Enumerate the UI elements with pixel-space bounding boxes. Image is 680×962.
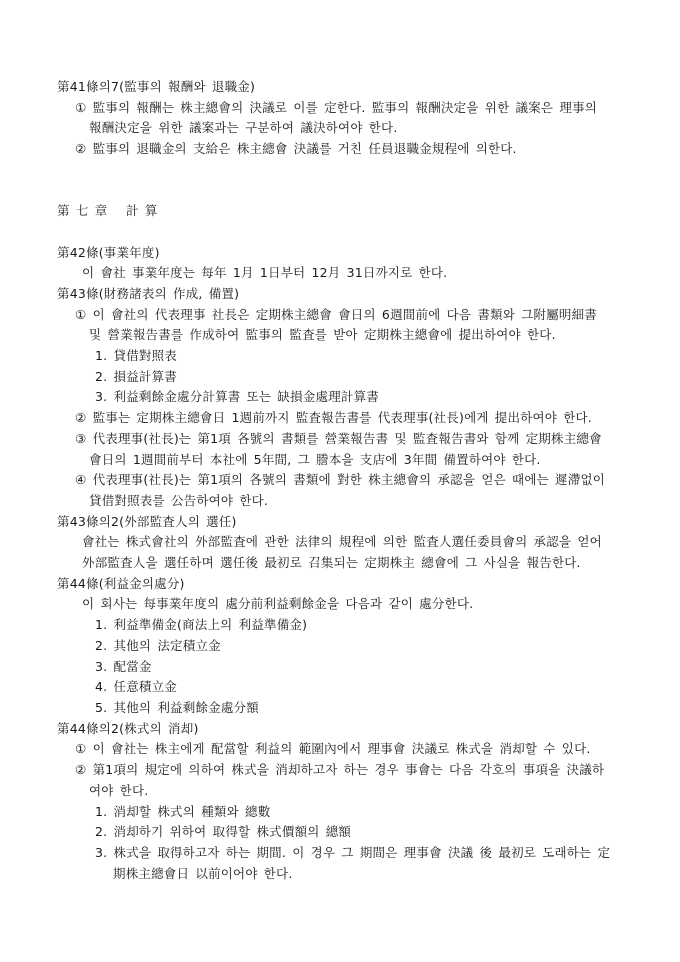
a41-7-clause-1-cont: 報酬決定을 위한 議案과는 구분하여 議決하여야 한다. [57, 118, 644, 139]
a44-item-4: 4. 任意積立金 [57, 677, 644, 698]
a44-2-item-2: 2. 消却하기 위하여 取得할 株式價額의 總額 [57, 822, 644, 843]
a44-2-clause-1: ① 이 會社는 株主에게 配當할 利益의 範圍內에서 理事會 決議로 株式을 消… [57, 739, 644, 760]
a43-item-2: 2. 損益計算書 [57, 367, 644, 388]
a44-body: 이 회사는 每事業年度의 處分前利益剩餘金을 다음과 같이 處分한다. [57, 594, 644, 615]
a43-clause-4-cont: 貸借對照表를 公告하여야 한다. [57, 491, 644, 512]
a41-7-clause-2: ② 監事의 退職金의 支給은 株主總會 決議를 거친 任員退職金規程에 의한다. [57, 139, 644, 160]
document-page: 第41條의7(監事의 報酬와 退職金) ① 監事의 報酬는 株主總會의 決議로 … [0, 0, 680, 962]
article-heading-44-2: 第44條의2(株式의 消却) [57, 719, 644, 740]
a44-2-item-3: 3. 株式을 取得하고자 하는 期間. 이 경우 그 期間은 理事會 決議 後 … [57, 843, 644, 864]
document-body: 第41條의7(監事의 報酬와 退職金) ① 監事의 報酬는 株主總會의 決議로 … [0, 0, 680, 884]
a44-item-2: 2. 其他의 法定積立金 [57, 636, 644, 657]
a44-item-3: 3. 配當金 [57, 657, 644, 678]
a44-item-5: 5. 其他의 利益剩餘金處分額 [57, 698, 644, 719]
a44-2-clause-2-cont: 여야 한다. [57, 781, 644, 802]
a43-2-body: 會社는 株式會社의 外部監査에 관한 法律의 規程에 의한 監査人選任委員會의 … [57, 532, 644, 553]
a43-clause-1-cont: 및 營業報告書를 作成하여 監事의 監査를 받아 定期株主總會에 提出하여야 한… [57, 325, 644, 346]
a42-body: 이 會社 事業年度는 每年 1月 1日부터 12月 31日까지로 한다. [57, 263, 644, 284]
article-heading-42: 第42條(事業年度) [57, 243, 644, 264]
a44-2-item-3-cont: 期株主總會日 以前이어야 한다. [57, 864, 644, 885]
chapter-7-heading: 第 七 章 計 算 [57, 201, 644, 222]
article-heading-43-2: 第43條의2(外部監査人의 選任) [57, 512, 644, 533]
a43-clause-3-cont: 會日의 1週間前부터 本社에 5年間, 그 謄本을 支店에 3年間 備置하여야 … [57, 450, 644, 471]
a43-clause-4: ④ 代表理事(社長)는 第1項의 各號의 書類에 對한 株主總會의 承認을 얻은… [57, 470, 644, 491]
a44-2-item-1: 1. 消却할 株式의 種類와 總數 [57, 802, 644, 823]
a43-2-body-cont: 外部監査人을 選任하며 選任後 最初로 召集되는 定期株主 總會에 그 사실을 … [57, 553, 644, 574]
a43-item-1: 1. 貸借對照表 [57, 346, 644, 367]
article-heading-41-7: 第41條의7(監事의 報酬와 退職金) [57, 77, 644, 98]
a41-7-clause-1: ① 監事의 報酬는 株主總會의 決議로 이를 定한다. 監事의 報酬決定을 위한… [57, 98, 644, 119]
a43-clause-1: ① 이 會社의 代表理事 社長은 定期株主總會 會日의 6週間前에 다음 書類와… [57, 305, 644, 326]
a44-2-clause-2: ② 第1項의 規定에 의하여 株式을 消却하고자 하는 경우 事會는 다음 각호… [57, 760, 644, 781]
article-heading-44: 第44條(利益金의處分) [57, 574, 644, 595]
a44-item-1: 1. 利益準備金(商法上의 利益準備金) [57, 615, 644, 636]
a43-clause-2: ② 監事는 定期株主總會日 1週前까지 監査報告書를 代表理事(社長)에게 提出… [57, 408, 644, 429]
a43-clause-3: ③ 代表理事(社長)는 第1項 各號의 書類를 營業報告書 및 監査報告書와 함… [57, 429, 644, 450]
a43-item-3: 3. 利益剩餘金處分計算書 또는 缺損金處理計算書 [57, 387, 644, 408]
article-heading-43: 第43條(財務諸表의 作成, 備置) [57, 284, 644, 305]
